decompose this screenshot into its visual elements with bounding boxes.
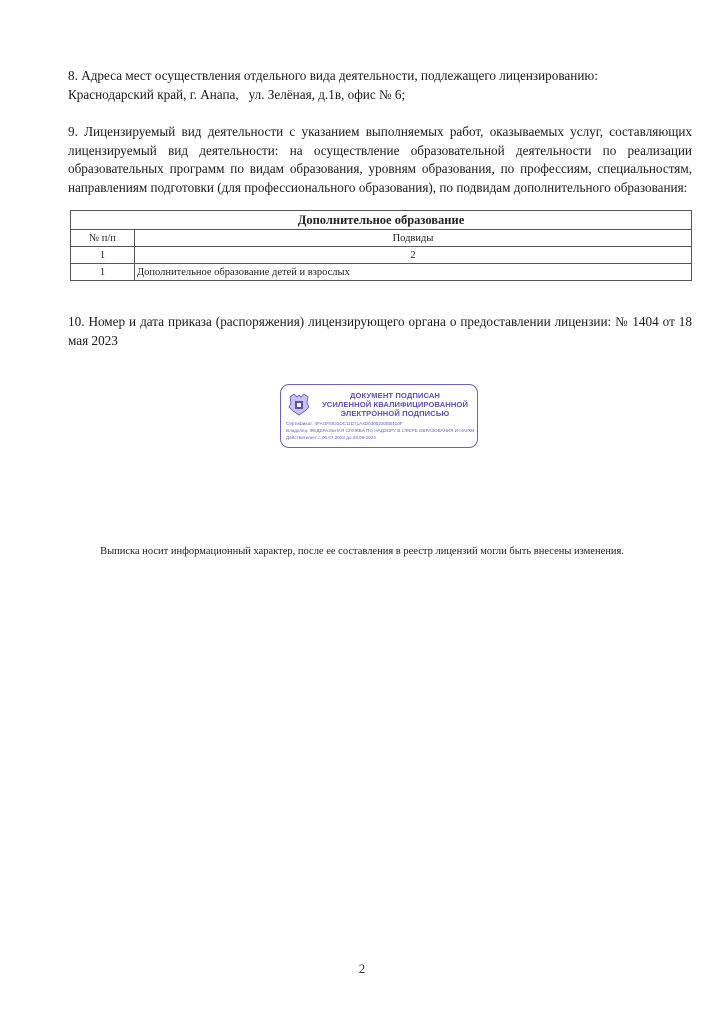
table-header-row: № п/п Подвиды xyxy=(71,230,692,247)
section-10-order: 10. Номер и дата приказа (распоряжения) … xyxy=(68,313,692,350)
coat-of-arms-icon xyxy=(286,391,312,417)
section-8-heading: 8. Адреса мест осуществления отдельного … xyxy=(68,67,692,86)
column-number-1: 1 xyxy=(71,247,135,264)
page-number: 2 xyxy=(0,961,724,977)
header-number: № п/п xyxy=(71,230,135,247)
stamp-owner: Владелец: ФЕДЕРАЛЬНАЯ СЛУЖБА ПО НАДЗОРУ … xyxy=(286,427,476,434)
table-column-numbers-row: 1 2 xyxy=(71,247,692,264)
section-8-address: Краснодарский край, г. Анапа, ул. Зелёна… xyxy=(68,86,692,105)
informational-note: Выписка носит информационный характер, п… xyxy=(0,546,724,557)
row-subtype: Дополнительное образование детей и взрос… xyxy=(135,264,692,281)
header-subtypes: Подвиды xyxy=(135,230,692,247)
row-number: 1 xyxy=(71,264,135,281)
section-9-activity: 9. Лицензируемый вид деятельности с указ… xyxy=(68,123,692,197)
stamp-details: Сертификат: 4FAOF6931DC11D71A4D0300220EB… xyxy=(286,420,476,441)
stamp-heading: ДОКУМЕНТ ПОДПИСАН УСИЛЕННОЙ КВАЛИФИЦИРОВ… xyxy=(313,391,477,418)
subtypes-table: Дополнительное образование № п/п Подвиды… xyxy=(70,210,692,281)
section-8-addresses: 8. Адреса мест осуществления отдельного … xyxy=(68,67,692,104)
digital-signature-stamp: ДОКУМЕНТ ПОДПИСАН УСИЛЕННОЙ КВАЛИФИЦИРОВ… xyxy=(280,384,478,448)
table-title: Дополнительное образование xyxy=(71,211,692,230)
stamp-validity: Действителен: с 06.07.2023 до 28.09.2024 xyxy=(286,434,476,441)
column-number-2: 2 xyxy=(135,247,692,264)
stamp-certificate: Сертификат: 4FAOF6931DC11D71A4D0300220EB… xyxy=(286,420,476,427)
table-row: 1 Дополнительное образование детей и взр… xyxy=(71,264,692,281)
